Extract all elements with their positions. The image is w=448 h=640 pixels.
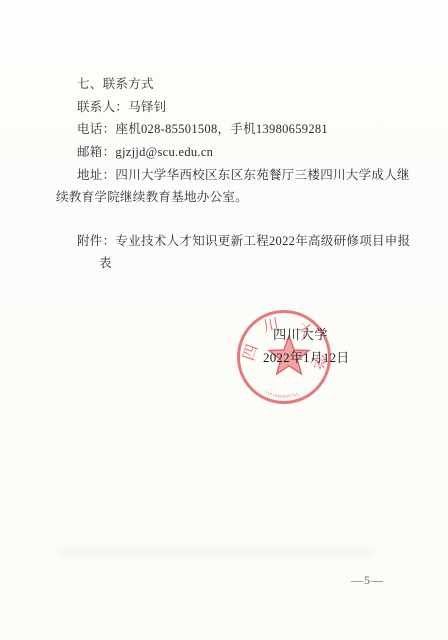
- address-line-1: 地址：四川大学华西校区东区东苑餐厅三楼四川大学成人继: [77, 168, 410, 182]
- contact-person-line: 联系人：马铎钊: [77, 100, 167, 114]
- seal-code: 5101000089745: [264, 389, 300, 399]
- official-seal-stamp: 四川大学 5101000089745: [222, 295, 346, 419]
- address-line-2: 续教育学院继续教育基地办公室。: [56, 190, 248, 204]
- attachment-line-1: 附件：专业技术人才知识更新工程2022年高级研修项目申报: [77, 234, 410, 248]
- attachment-line-2: 表: [99, 256, 112, 270]
- phone-line: 电话：座机028-85501508，手机13980659281: [77, 122, 328, 136]
- page-number: —5—: [351, 573, 384, 588]
- email-line: 邮箱：gjzjjd@scu.edu.cn: [77, 145, 213, 159]
- scanned-document-page: 七、联系方式 联系人：马铎钊 电话：座机028-85501508，手机13980…: [0, 0, 448, 640]
- scan-smudge-artifact: [58, 549, 373, 556]
- section-title: 七、联系方式: [77, 77, 154, 91]
